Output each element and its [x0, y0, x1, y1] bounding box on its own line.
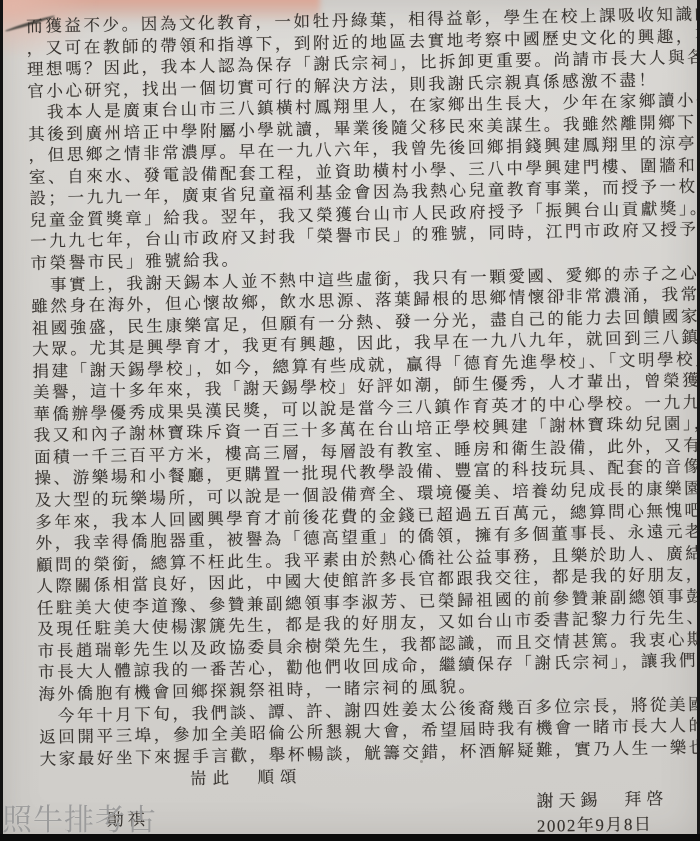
scanned-letter-page: 而獲益不少。因為文化教育，一如牡丹綠葉，相得益彰，學生在校上課吸收知識的同時，又… [0, 0, 700, 841]
signature-block: 謝天錫 拜啓 2002年9月8日 [536, 788, 669, 839]
letter-lines: 而獲益不少。因為文化教育，一如牡丹綠葉，相得益彰，學生在校上課吸收知識的同時，又… [26, 4, 700, 770]
scan-border-left [0, 0, 3, 841]
signature: 謝天錫 拜啓 [536, 788, 668, 814]
letter-body: 而獲益不少。因為文化教育，一如牡丹綠葉，相得益彰，學生在校上課吸收知識的同時，又… [26, 4, 700, 841]
watermark: 照牛排考古 [2, 795, 157, 839]
